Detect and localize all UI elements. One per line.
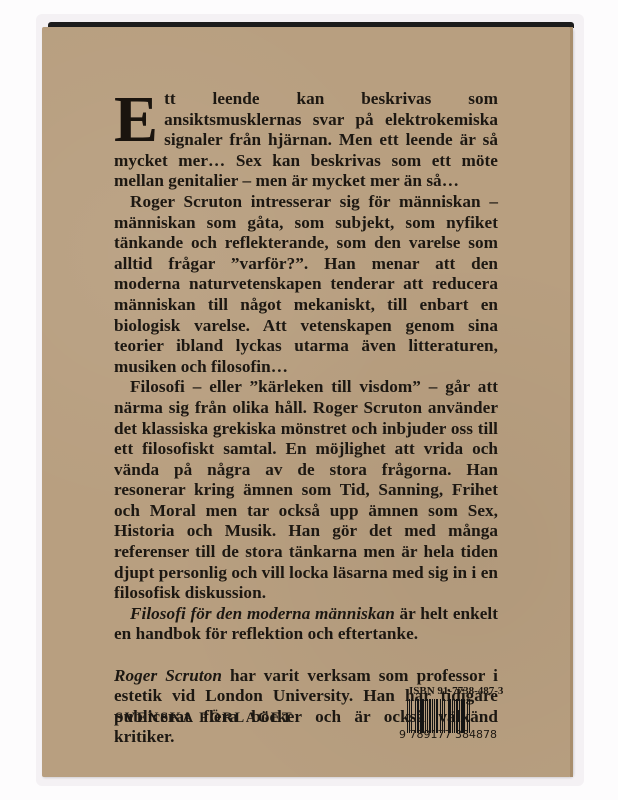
drop-cap: E	[114, 93, 158, 149]
book-spine-edge	[570, 27, 573, 777]
author-name: Roger Scruton	[114, 666, 222, 685]
blurb-paragraph-2: Roger Scruton intresserar sig för männis…	[114, 192, 498, 377]
barcode-digits: 9 789177 384878	[399, 728, 497, 741]
publisher-name: SVENSKA FÖRLAGET	[115, 710, 293, 727]
blurb-paragraph-4: Filosofi för den moderna människan är he…	[114, 604, 498, 645]
book-back-cover: Ett leende kan beskrivas som ansiktsmusk…	[42, 27, 573, 777]
blurb-text: Ett leende kan beskrivas som ansiktsmusk…	[114, 89, 498, 748]
book-title: Filosofi för den moderna människan	[130, 604, 395, 623]
blurb-paragraph-3: Filosofi – eller ”kärleken till visdom” …	[114, 377, 498, 604]
isbn-label: ISBN 91-7738-487-3	[409, 685, 503, 697]
blurb-paragraph-1: Ett leende kan beskrivas som ansiktsmusk…	[114, 89, 498, 192]
